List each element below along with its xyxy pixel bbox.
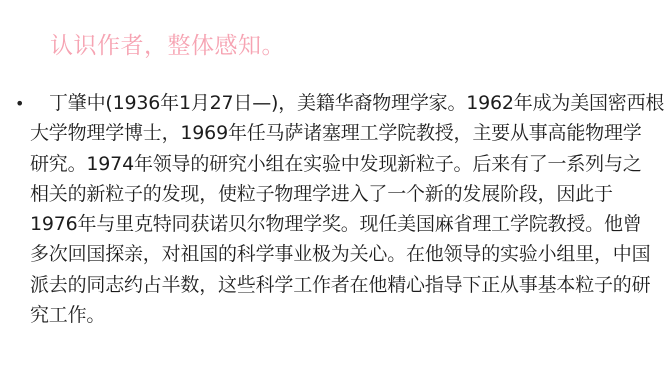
paragraph-line: 多次回国探亲，对祖国的科学事业极为关心。在他领导的实验小组里，中国 xyxy=(30,239,660,269)
bullet-icon: • xyxy=(15,89,24,119)
paragraph-line: 大学物理学博士，1969年任马萨诸塞理工学院教授，主要从事高能物理学 xyxy=(30,118,660,148)
paragraph-line: 丁肇中(1936年1月27日—)，美籍华裔物理学家。1962年成为美国密西根 xyxy=(30,88,660,118)
paragraph-line: 1976年与里克特同获诺贝尔物理学奖。现任美国麻省理工学院教授。他曾 xyxy=(30,209,660,239)
paragraph-line: 派去的同志约占半数，这些科学工作者在他精心指导下正从事基本粒子的研 xyxy=(30,270,660,300)
paragraph-line: 究工作。 xyxy=(30,300,660,330)
paragraph-line: 相关的新粒子的发现，使粒子物理学进入了一个新的发展阶段，因此于 xyxy=(30,179,660,209)
biography-paragraph: 丁肇中(1936年1月27日—)，美籍华裔物理学家。1962年成为美国密西根 大… xyxy=(30,88,660,330)
slide-title: 认识作者，整体感知。 xyxy=(50,30,285,62)
paragraph-line: 研究。1974年领导的研究小组在实验中发现新粒子。后来有了一系列与之 xyxy=(30,149,660,179)
